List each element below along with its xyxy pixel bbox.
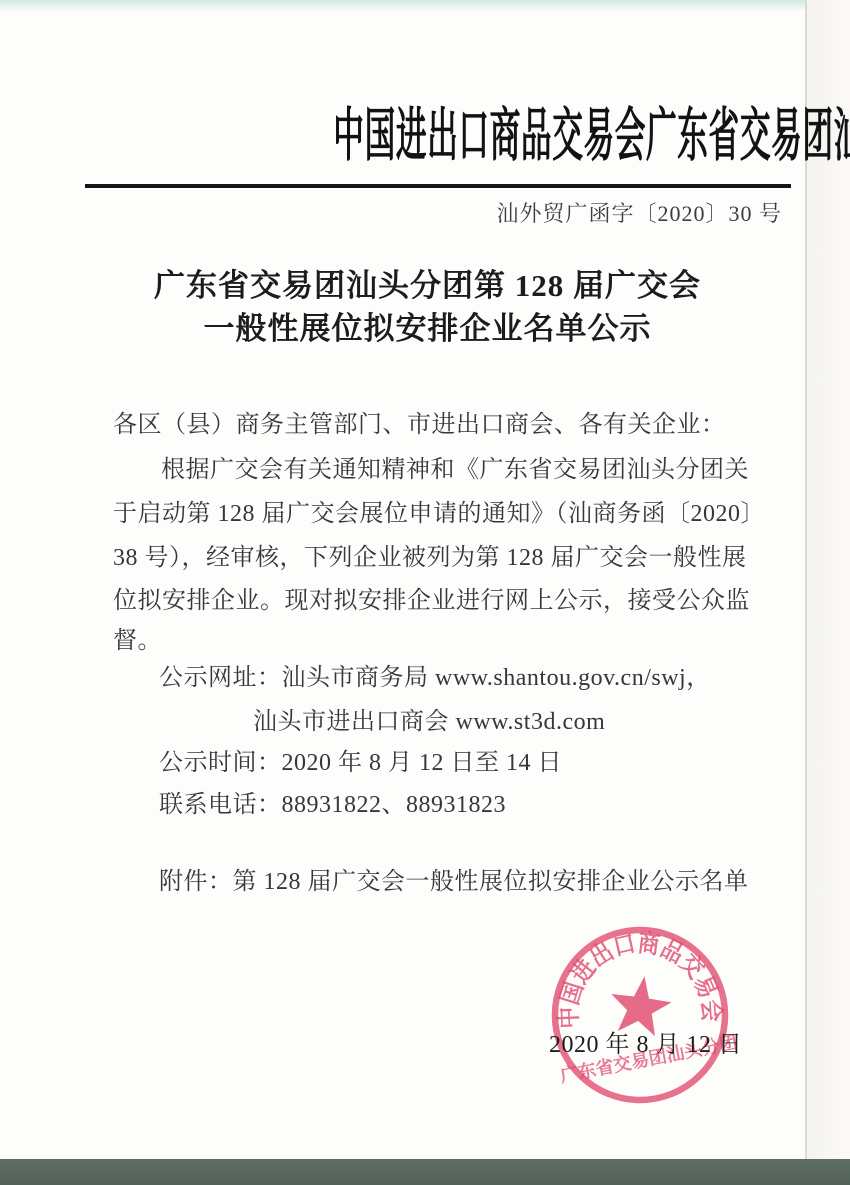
scan-right-margin [807, 0, 850, 1160]
info-line-website: 公示网址：汕头市商务局 www.shantou.gov.cn/swj， [159, 657, 711, 692]
attachment-line: 附件：第 128 届广交会一般性展位拟安排企业公示名单 [159, 861, 749, 896]
info-line-phone: 联系电话：88931822、88931823 [159, 784, 506, 819]
info-line-website-2: 汕头市进出口商会 www.st3d.com [253, 701, 605, 736]
letterhead-org-title: 中国进出口商品交易会广东省交易团汕头分团 [0, 100, 805, 170]
scanned-document-page: 中国进出口商品交易会广东省交易团汕头分团 汕外贸广函字〔2020〕30 号 广东… [0, 0, 850, 1185]
info-line-time: 公示时间：2020 年 8 月 12 日至 14 日 [159, 742, 562, 777]
document-title-line2: 一般性展位拟安排企业名单公示 [50, 307, 805, 350]
document-date: 2020 年 8 月 12 日 [549, 1024, 743, 1059]
reference-number: 汕外贸广函字〔2020〕30 号 [496, 197, 782, 228]
scanner-bed-band [0, 1159, 850, 1185]
paragraph-line: 位拟安排企业。现对拟安排企业进行网上公示，接受公众监 [113, 580, 750, 615]
scan-top-edge-noise [0, 0, 850, 12]
paragraph-line: 督。 [113, 620, 162, 655]
paragraph-line: 根据广交会有关通知精神和《广东省交易团汕头分团关 [113, 449, 749, 484]
salutation-line: 各区（县）商务主管部门、市进出口商会、各有关企业： [113, 404, 726, 439]
letterhead-divider-rule [85, 184, 791, 188]
official-seal-stamp: 中国进出口商品交易会 广东省交易团汕头分团 [545, 915, 745, 1115]
paper-edge-line [805, 0, 807, 1160]
letterhead-org-title-text: 中国进出口商品交易会广东省交易团汕头分团 [333, 100, 850, 170]
paragraph-line: 于启动第 128 届广交会展位申请的通知》（汕商务函〔2020〕 [113, 493, 765, 528]
document-title: 广东省交易团汕头分团第 128 届广交会 一般性展位拟安排企业名单公示 [0, 264, 805, 350]
document-title-line1: 广东省交易团汕头分团第 128 届广交会 [50, 264, 805, 307]
paragraph-line: 38 号），经审核，下列企业被列为第 128 届广交会一般性展 [113, 537, 747, 572]
